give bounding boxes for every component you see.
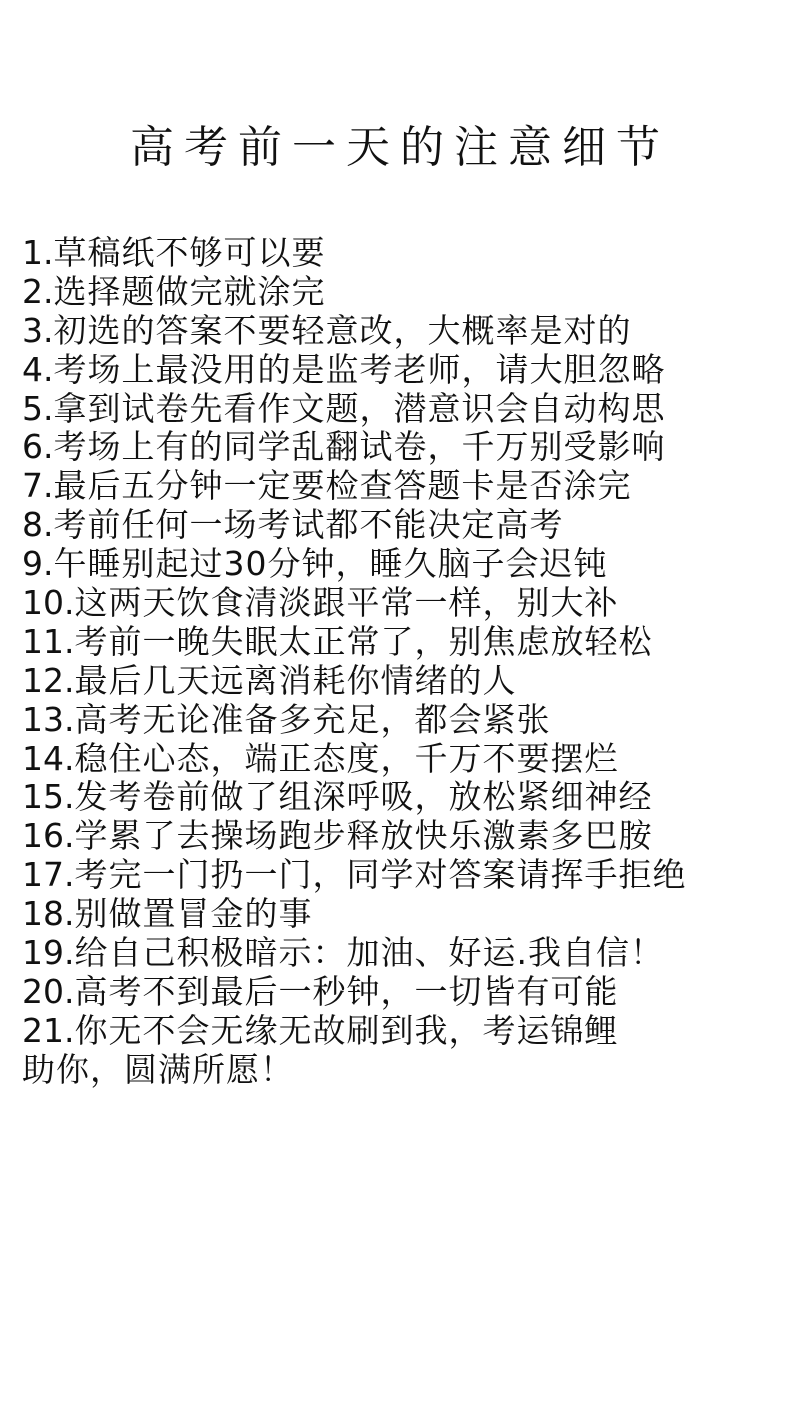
list-item: 3.初选的答案不要轻意改，大概率是对的 [22, 312, 792, 351]
item-number: 17. [22, 855, 74, 894]
item-text: 考完一门扔一门，同学对答案请挥手拒绝 [74, 855, 686, 894]
list-item: 1.草稿纸不够可以要 [22, 234, 792, 273]
list-item: 5.拿到试卷先看作文题，潜意识会自动构思 [22, 390, 792, 429]
list-item: 15.发考卷前做了组深呼吸，放松紧细神经 [22, 778, 792, 817]
list-item: 12.最后几天远离消耗你情绪的人 [22, 662, 792, 701]
item-text: 草稿纸不够可以要 [54, 233, 326, 272]
list-item: 20.高考不到最后一秒钟，一切皆有可能 [22, 973, 792, 1012]
item-number: 20. [22, 972, 74, 1011]
item-number: 12. [22, 661, 74, 700]
page-title: 高考前一天的注意细节 [0, 118, 800, 178]
list-item: 9.午睡别起过30分钟，睡久脑子会迟钝 [22, 545, 792, 584]
list-item: 21.你无不会无缘无故刷到我，考运锦鲤 [22, 1012, 792, 1051]
item-text: 高考无论准备多充足，都会紧张 [74, 700, 550, 739]
item-text: 拿到试卷先看作文题，潜意识会自动构思 [54, 389, 666, 428]
list-item: 10.这两天饮食清淡跟平常一样，别大补 [22, 584, 792, 623]
list-item: 19.给自己积极暗示：加油、好运.我自信！ [22, 934, 792, 973]
item-text: 你无不会无缘无故刷到我，考运锦鲤 [74, 1011, 618, 1050]
item-text: 最后五分钟一定要检查答题卡是否涂完 [54, 466, 632, 505]
item-number: 6. [22, 427, 54, 466]
item-number: 10. [22, 583, 74, 622]
list-item: 11.考前一晚失眠太正常了，别焦虑放轻松 [22, 623, 792, 662]
list-item: 4.考场上最没用的是监考老师，请大胆忽略 [22, 351, 792, 390]
item-number: 18. [22, 894, 74, 933]
item-number: 1. [22, 233, 54, 272]
item-text: 午睡别起过30分钟，睡久脑子会迟钝 [54, 544, 608, 583]
item-text: 这两天饮食清淡跟平常一样，别大补 [74, 583, 618, 622]
item-text: 考前任何一场考试都不能决定高考 [54, 505, 564, 544]
item-text: 最后几天远离消耗你情绪的人 [74, 661, 516, 700]
list-item: 18.别做置冒金的事 [22, 895, 792, 934]
item-number: 5. [22, 389, 54, 428]
item-text: 考场上有的同学乱翻试卷，千万别受影响 [54, 427, 666, 466]
list-item: 7.最后五分钟一定要检查答题卡是否涂完 [22, 467, 792, 506]
item-text: 选择题做完就涂完 [54, 272, 326, 311]
item-text: 给自己积极暗示：加油、好运.我自信！ [74, 933, 664, 972]
item-number: 11. [22, 622, 74, 661]
item-text: 初选的答案不要轻意改，大概率是对的 [54, 311, 632, 350]
item-number: 14. [22, 739, 74, 778]
item-text: 高考不到最后一秒钟，一切皆有可能 [74, 972, 618, 1011]
item-number: 3. [22, 311, 54, 350]
item-text: 考场上最没用的是监考老师，请大胆忽略 [54, 350, 666, 389]
item-number: 7. [22, 466, 54, 505]
item-number: 19. [22, 933, 74, 972]
item-number: 2. [22, 272, 54, 311]
item-text: 考前一晚失眠太正常了，别焦虑放轻松 [74, 622, 652, 661]
list-item: 2.选择题做完就涂完 [22, 273, 792, 312]
item-text: 稳住心态，端正态度，千万不要摆烂 [74, 739, 618, 778]
closing-line: 助你，圆满所愿！ [22, 1051, 792, 1090]
item-number: 21. [22, 1011, 74, 1050]
list-item: 17.考完一门扔一门，同学对答案请挥手拒绝 [22, 856, 792, 895]
item-number: 15. [22, 777, 74, 816]
list-item: 6.考场上有的同学乱翻试卷，千万别受影响 [22, 428, 792, 467]
item-number: 8. [22, 505, 54, 544]
item-text: 学累了去操场跑步释放快乐激素多巴胺 [74, 816, 652, 855]
item-number: 4. [22, 350, 54, 389]
item-number: 16. [22, 816, 74, 855]
list-item: 16.学累了去操场跑步释放快乐激素多巴胺 [22, 817, 792, 856]
item-number: 9. [22, 544, 54, 583]
item-text: 发考卷前做了组深呼吸，放松紧细神经 [74, 777, 652, 816]
tips-list: 1.草稿纸不够可以要 2.选择题做完就涂完 3.初选的答案不要轻意改，大概率是对… [22, 234, 792, 1090]
list-item: 8.考前任何一场考试都不能决定高考 [22, 506, 792, 545]
list-item: 14.稳住心态，端正态度，千万不要摆烂 [22, 740, 792, 779]
item-text: 别做置冒金的事 [74, 894, 312, 933]
list-item: 13.高考无论准备多充足，都会紧张 [22, 701, 792, 740]
item-number: 13. [22, 700, 74, 739]
